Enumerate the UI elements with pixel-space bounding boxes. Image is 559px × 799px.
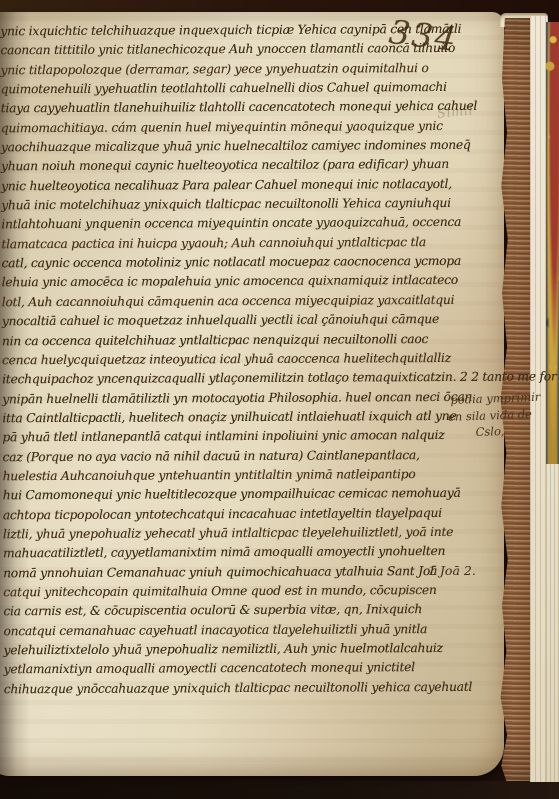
manuscript-line: yhuā inic motelchihuaz ynixquich tlaltic… — [1, 194, 493, 216]
manuscript-line: itta Caintlalticpactli, huelitech onaçiz… — [2, 407, 494, 429]
manuscript-line: ynipān huelnelli tlamātiliztli yn motoca… — [2, 387, 494, 409]
manuscript-line: oncatqui cemanahuac cayehuatl inacayotic… — [3, 619, 495, 641]
manuscript-line: tlamatcaca pactica ini huicpa yyaouh; Au… — [1, 232, 493, 254]
manuscript-line: nomā ynnohuian Cemanahuac yniuh quimochi… — [3, 561, 495, 583]
endpaper-pages-lower — [546, 464, 559, 782]
manuscript-line: huelestia Auhcanoiuhque yntehuantin ynti… — [3, 465, 495, 487]
manuscript-line: tiaya cayyehuatlin tlanehuihuiliz tlahto… — [1, 97, 493, 119]
manuscript-line: lotl, Auh cacannoiuhqui cāmquenin aca oc… — [2, 291, 494, 313]
book-cover-bottom — [0, 781, 559, 799]
manuscript-line: caoncan tittitilo ynic titlanechicozque … — [0, 39, 492, 61]
manuscript-line: pā yhuā tletl intlanepantlā catqui intla… — [2, 426, 494, 448]
manuscript-line: nin ca occenca quitelchihuaz yntlalticpa… — [2, 329, 494, 351]
manuscript-line: quimomachitiaya. cám quenin huel miyequi… — [1, 116, 493, 138]
manuscript-line: ynic huelteoyotica necalihuaz Para palea… — [1, 174, 493, 196]
manuscript-line: ynic ixquichtic telchihuazque inquexquic… — [0, 20, 492, 42]
manuscript-line: catl, caynic occenca motoliniz ynic notl… — [1, 252, 493, 274]
margin-note: podia ymprimir en sila vida de Cslo, — [450, 388, 556, 441]
margin-note-line-3: Cslo, — [475, 421, 556, 440]
manuscript-line: liztli, yhuā ynepohualiz yehecatl yhuā i… — [3, 523, 495, 545]
manuscript-line: caz (Porque no aya vacio nā nihil dacuū … — [2, 445, 494, 467]
manuscript-line: yhuan noiuh monequi caynic huelteoyotica… — [1, 155, 493, 177]
manuscript-line: chihuazque ynōccahuazque ynixquich tlalt… — [4, 677, 496, 699]
manuscript-line: quimotenehuili yyehuatlin teotlahtolli c… — [1, 78, 493, 100]
manuscript-line: yetlamanixtiyn amoqualli amoyectli cacen… — [4, 658, 496, 680]
manuscript-photo: 334 Simil ynic ixquichtic telchihuazque … — [0, 0, 559, 799]
manuscript-line: itechquipachoz yncenquizcaqualli ytlaçon… — [2, 368, 494, 390]
manuscript-line: catqui ynitechcopain quimitalhuia Omne q… — [3, 581, 495, 603]
manuscript-line: lehuia ynic amocēca ic mopalehuia ynic a… — [2, 271, 494, 293]
manuscript-line: cenca huelycquiquetzaz inteoyutica ical … — [2, 349, 494, 371]
manuscript-text-block: ynic ixquichtic telchihuazque inquexquic… — [0, 20, 496, 700]
manuscript-line: yelehuiliztixtelolo yhuā ynepohualiz nem… — [3, 639, 495, 661]
manuscript-line: intlahtohuani ynquenin occenca miyequint… — [1, 213, 493, 235]
manuscript-line: achtopa ticpopolocan yntotechcatqui inca… — [3, 503, 495, 525]
manuscript-line: ynocaltiā cahuel ic moquetzaz inhuelqual… — [2, 310, 494, 332]
manuscript-line: yaochihuazque micalizque yhuā ynic hueln… — [1, 136, 493, 158]
manuscript-line: hui Camomonequi ynic hueltitlecozque yno… — [3, 484, 495, 506]
margin-citation: 1 Joā 2. — [428, 563, 476, 578]
manuscript-line: ynic titlapopolozque (derramar, segar) y… — [0, 58, 492, 80]
manuscript-line: mahuacatiliztletl, cayyetlamanixtim nimā… — [3, 542, 495, 564]
manuscript-line: cia carnis est, & cōcupiscentia oculorū … — [3, 600, 495, 622]
